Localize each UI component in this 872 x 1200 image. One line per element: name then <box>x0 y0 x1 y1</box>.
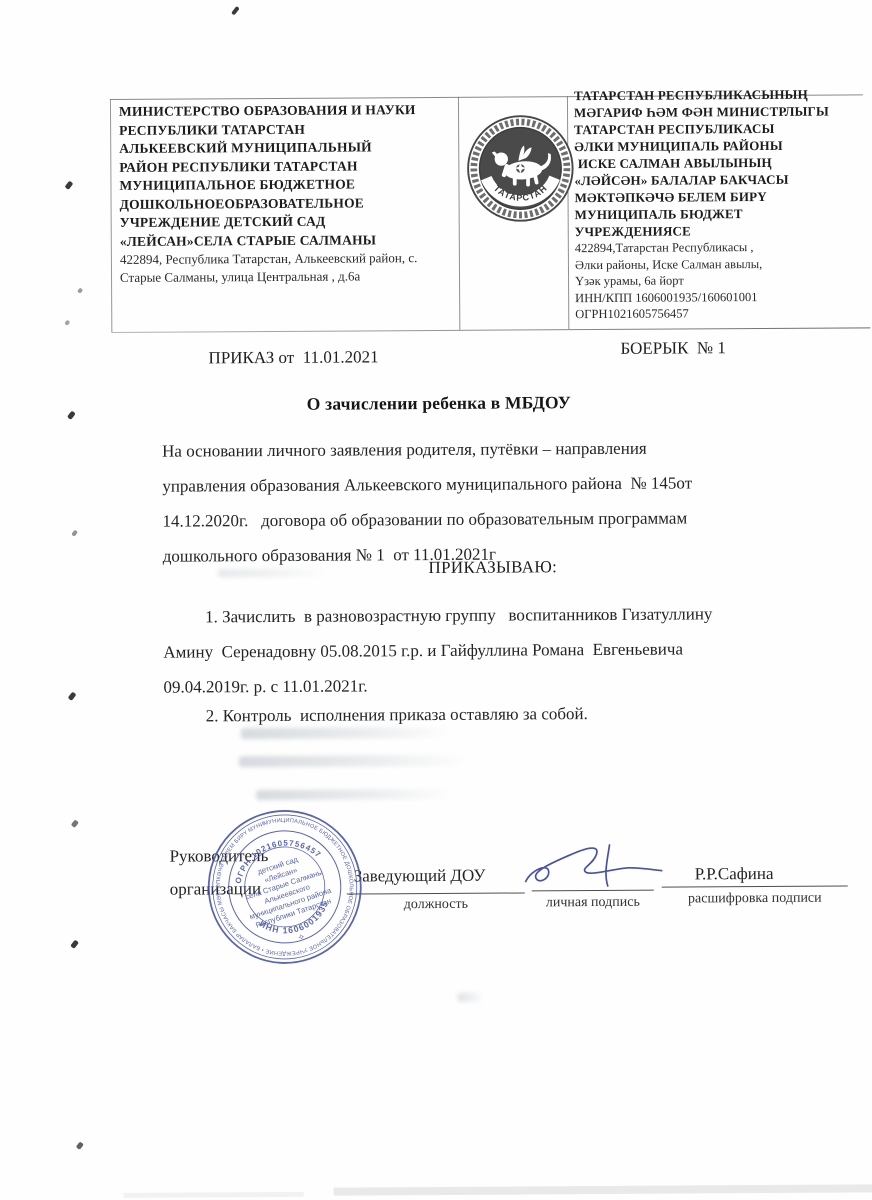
paragraph-line: 14.12.2020г. договора об образовании по … <box>162 500 822 539</box>
tatarstan-emblem-icon: ТАТАРСТАН <box>463 111 578 226</box>
scan-speck <box>70 940 79 949</box>
org-line: ДОШКОЛЬНОЕОБРАЗОВАТЕЛЬНОЕ <box>120 193 458 214</box>
org-name-russian: МИНИСТЕРСТВО ОБРАЗОВАНИЯ И НАУКИ РЕСПУБЛ… <box>119 101 458 287</box>
org-line: УЧРЕЖДЕНИЕ ДЕТСКИЙ САД <box>120 212 458 233</box>
signer-position: Заведующий ДОУ <box>354 866 486 887</box>
org-address-line: Әлки районы, Иске Салман авылы, <box>575 255 867 273</box>
org-line: МУНИЦИПАЛЬНОЕ БЮДЖЕТНОЕ <box>119 175 457 196</box>
scan-speck <box>76 1141 84 1150</box>
scan-bleedthrough <box>239 755 469 767</box>
org-line: «ЛЕЙСАН»СЕЛА СТАРЫЕ САЛМАНЫ <box>120 230 458 251</box>
scan-speck <box>71 530 78 537</box>
scan-bleedthrough <box>241 727 451 739</box>
scan-speck <box>67 411 76 420</box>
scanned-order-document: МИНИСТЕРСТВО ОБРАЗОВАНИЯ И НАУКИ РЕСПУБЛ… <box>0 0 872 1200</box>
document-title: О зачислении ребенка в МБДОУ <box>139 391 739 416</box>
org-line: ӘЛКИ МУНИЦИПАЛЬ РАЙОНЫ <box>574 136 866 155</box>
intro-paragraph: На основании личного заявления родителя,… <box>162 430 823 574</box>
signature-caption: личная подпись <box>524 895 662 912</box>
org-line: ТАТАРСТАН РЕСПУБЛИКАСЫНЫҢ <box>574 85 866 104</box>
header-divider-1 <box>458 97 460 330</box>
scan-speck <box>231 6 240 16</box>
official-round-stamp: МУНИЦИПАЛЬНОЕ БЮДЖЕТНОЕ ДОШКОЛЬНОЕ ОБРАЗ… <box>184 786 386 988</box>
scan-speck <box>71 819 79 828</box>
org-address-line: 422894,Татарстан Республикасы , <box>575 238 867 256</box>
signer-name: Р.Р.Сафина <box>695 864 774 884</box>
org-line: МӘГАРИФ ҺӘМ ФӘН МИНИСТРЛЫГЫ <box>574 102 866 121</box>
name-caption: расшифровка подписи <box>657 890 853 907</box>
org-name-tatar: ТАТАРСТАН РЕСПУБЛИКАСЫНЫҢ МӘГАРИФ ҺӘМ ФӘ… <box>574 85 867 322</box>
org-line: МИНИСТЕРСТВО ОБРАЗОВАНИЯ И НАУКИ <box>119 101 457 122</box>
scan-edge-bar <box>124 1192 304 1198</box>
org-line: МУНИЦИПАЛЬ БЮДЖЕТ <box>575 204 867 223</box>
scan-edge-bar <box>334 1184 872 1195</box>
org-line: ТАТАРСТАН РЕСПУБЛИКАСЫ <box>574 119 866 138</box>
org-line: РЕСПУБЛИКИ ТАТАРСТАН <box>119 119 457 140</box>
org-address-line: ОГРН1021605756457 <box>575 304 867 322</box>
item-line: Амину Серенадовну 05.08.2015 г.р. и Гайф… <box>163 631 828 670</box>
order-number-tt: БОЕРЫК № 1 <box>620 338 726 359</box>
order-item-1: 1. Зачислить в разновозрастную группу во… <box>163 596 829 705</box>
scan-speck <box>68 692 77 701</box>
org-address-line: Старые Салманы, улица Центральная , д.6а <box>120 267 458 287</box>
paragraph-line: управления образования Алькеевского муни… <box>162 465 822 504</box>
org-line: РАЙОН РЕСПУБЛИКИ ТАТАРСТАН <box>119 156 457 177</box>
order-number-ru: ПРИКАЗ от 11.01.2021 <box>208 347 378 368</box>
org-line: УЧРЕЖДЕНИЯСЕ <box>575 221 867 240</box>
signature-ink-icon <box>517 839 667 896</box>
stamp-icon: МУНИЦИПАЛЬНОЕ БЮДЖЕТНОЕ ДОШКОЛЬНОЕ ОБРАЗ… <box>184 786 386 988</box>
header-left-border <box>110 99 112 332</box>
scan-speck <box>64 320 70 326</box>
scan-bleedthrough <box>256 789 451 800</box>
org-line: ИСКЕ САЛМАН АВЫЛЫНЫҢ <box>574 153 866 172</box>
item-line: 1. Зачислить в разновозрастную группу во… <box>163 596 828 635</box>
handwritten-signature <box>517 839 667 896</box>
position-underline <box>347 892 525 894</box>
org-address-line: 422894, Республика Татарстан, Алькеевски… <box>120 249 458 269</box>
scan-speck <box>77 287 83 293</box>
scan-bleedthrough <box>218 569 328 578</box>
scan-bleedthrough <box>457 993 483 1002</box>
header-bottom-border <box>111 327 870 333</box>
org-line: АЛЬКЕЕВСКИЙ МУНИЦИПАЛЬНЫЙ <box>119 138 457 159</box>
org-line: МӘКТӘПКӘЧӘ БЕЛЕМ БИРҮ <box>574 187 866 206</box>
org-address-line: ИНН/КПП 1606001935/160601001 <box>575 288 867 306</box>
scan-speck <box>65 181 74 190</box>
stamp-star: ✧ <box>296 931 307 943</box>
tatarstan-emblem: ТАТАРСТАН <box>463 111 578 226</box>
name-underline <box>662 885 848 887</box>
paragraph-line: На основании личного заявления родителя,… <box>162 430 822 469</box>
org-address-line: Үзәк урамы, 6а йорт <box>575 271 867 289</box>
org-line: «ЛӘЙСӘН» БАЛАЛАР БАКЧАСЫ <box>574 170 866 189</box>
